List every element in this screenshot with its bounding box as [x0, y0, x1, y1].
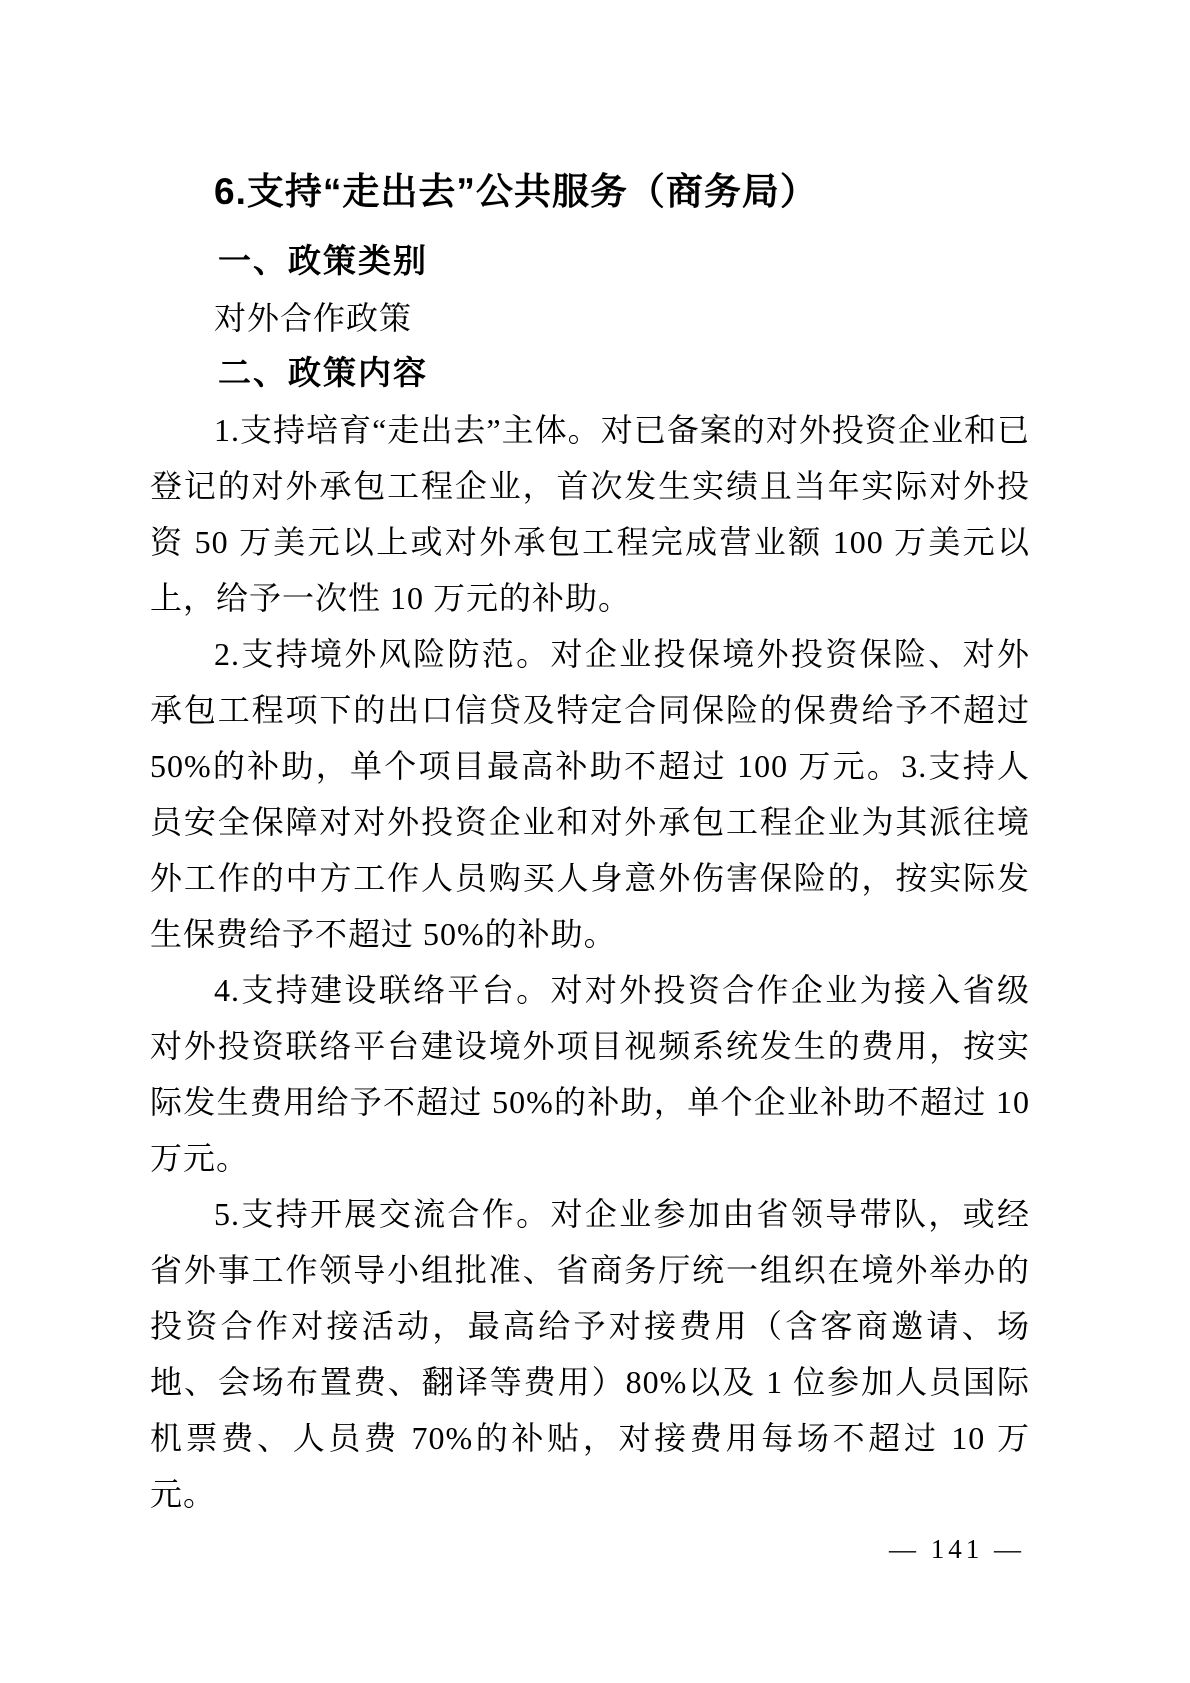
paragraph-policy-category: 对外合作政策	[150, 290, 1030, 346]
paragraph-policy-item-4: 4.支持建设联络平台。对对外投资合作企业为接入省级对外投资联络平台建设境外项目视…	[150, 962, 1030, 1186]
page-title: 6.支持“走出去”公共服务（商务局）	[150, 160, 1030, 224]
paragraph-policy-item-1: 1.支持培育“走出去”主体。对已备案的对外投资企业和已登记的对外承包工程企业，首…	[150, 402, 1030, 626]
section-heading-policy-content: 二、政策内容	[150, 346, 1030, 402]
section-heading-policy-category: 一、政策类别	[150, 234, 1030, 290]
page-number: — 141 —	[889, 1533, 1025, 1565]
paragraph-policy-item-2-3: 2.支持境外风险防范。对企业投保境外投资保险、对外承包工程项下的出口信贷及特定合…	[150, 626, 1030, 962]
document-content: 6.支持“走出去”公共服务（商务局） 一、政策类别 对外合作政策 二、政策内容 …	[150, 160, 1030, 1522]
document-page: 6.支持“走出去”公共服务（商务局） 一、政策类别 对外合作政策 二、政策内容 …	[0, 0, 1190, 1683]
paragraph-policy-item-5: 5.支持开展交流合作。对企业参加由省领导带队，或经省外事工作领导小组批准、省商务…	[150, 1186, 1030, 1522]
